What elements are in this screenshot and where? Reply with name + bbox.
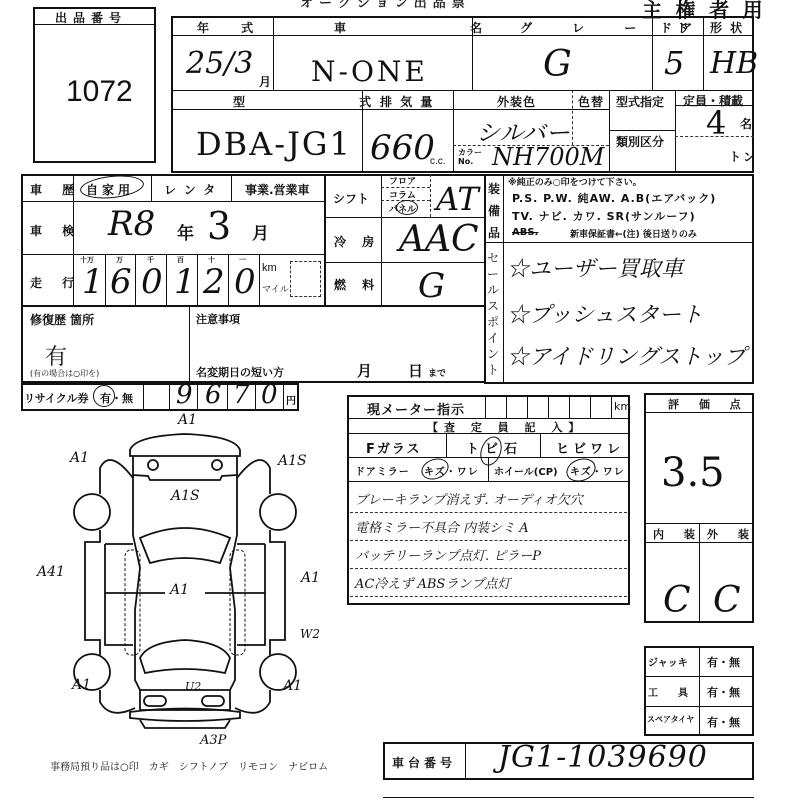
mileage-digit-100k: 1 [82,262,104,302]
damage-mark-front: A1 [178,412,197,428]
damage-mark-trunk: U2 [185,680,201,693]
doors-label: ド ア [660,19,694,36]
inspector-remark-1: ブレーキランプ消えず. オーディオ欠穴 [355,489,583,508]
history-option-rental[interactable]: レンタ [164,181,223,198]
damage-mark-front-right: A1S [278,453,307,469]
displacement-unit: c.c. [430,156,446,167]
recycle-digit-1: 9 [176,380,193,410]
load-unit: トン [729,148,757,165]
inspector-remark-4: AC冷えず ABSランプ点灯 [355,573,510,592]
year-value: 25/3 [186,46,253,81]
shift-option-floor[interactable]: フロア [389,174,416,187]
equipment-abs: ABS. [512,227,538,238]
shape-label: 形 状 [710,19,744,36]
category-label: 類別区分 [616,133,664,150]
inspection-label: 車 検 [30,222,82,239]
sales-point-1: ☆ユーザー買取車 [507,252,683,283]
equipment-label: 装 備 品 [488,178,500,244]
history-option-business[interactable]: 事業.営業車 [245,181,310,198]
mileage-unit-km: km [262,262,277,274]
sales-point-2: ☆プッシュスタート [507,298,703,329]
accessory-spare-label: スペアタイヤ [647,714,694,725]
interior-label: 内 装 [653,526,703,542]
exterior-value: C [713,580,741,621]
name-change-until: まで [428,366,446,379]
inspection-month: 3 [207,204,231,248]
color-number-value: NH700M [492,143,604,171]
color-label: 外装色 [497,93,536,110]
mileage-label: 走 行 [30,274,82,291]
car-damage-diagram [40,420,340,750]
doors-value: 5 [664,44,684,82]
chassis-number-label: 車台番号 [392,754,456,771]
exterior-label: 外 装 [707,526,757,542]
mileage-digit-1: 0 [234,262,256,302]
equipment-row-1: P.S. P.W. 純AW. A.B(エアバック) [512,190,716,206]
displacement-value: 660 [370,128,435,168]
office-items-note: 事務局預り品は○印 カギ シフトノブ リモコン ナビロム [50,758,328,773]
aircon-label: 冷 房 [334,233,380,250]
sales-points-label: セールスポイント [487,250,501,378]
fglass-option-crack[interactable]: ヒビワレ [556,438,624,457]
recycle-label: リサイクル券 [24,390,88,406]
score-value: 3.5 [661,450,725,496]
displacement-label: 排 気 量 [380,93,434,110]
score-label: 評 価 点 [668,396,749,412]
accessory-spare-value[interactable]: 有・無 [707,714,740,730]
mileage-digit-10k: 6 [110,262,132,302]
meter-label: 現メーター指示 [367,399,465,418]
shift-label: シフト [333,190,369,207]
mileage-digit-1k: 0 [141,262,163,302]
damage-mark-rear-bumper: A3P [200,733,226,748]
history-label: 車 歴 [30,181,82,198]
damage-mark-left-side: A41 [37,564,65,580]
repair-history-label: 修復歴 箇所 [30,311,94,328]
repair-history-value: 有 [45,340,67,371]
fglass-label: Fガラス [366,438,422,457]
model-value: DBA-JG1 [196,125,352,163]
inspection-year-unit: 年 [177,219,196,244]
chassis-number-value: JG1-1039690 [498,740,708,775]
equipment-row-3: 新車保証書←(注) 後日送りのみ [570,227,697,240]
year-label: 年 式 [197,19,267,36]
capacity-value: 4 [706,104,726,142]
recycle-digit-2: 6 [205,380,222,410]
recycle-digit-4: 0 [261,380,278,410]
color-number-label: カラー No. [458,148,482,166]
inspector-remark-3: バッテリーランプ点灯. ピラーP [355,545,541,564]
form-title: オークション出品票 [300,0,471,11]
equipment-row-2: TV. ナビ. カワ. SR(サンルーフ) [512,208,696,224]
year-unit: 月 [259,73,273,90]
mirror-label: ドアミラー [355,463,410,478]
recycle-digit-3: 7 [233,380,250,410]
inspection-month-unit: 月 [252,219,271,244]
damage-mark-right-side: A1 [301,570,320,586]
shift-option-column[interactable]: コラム [389,188,416,201]
sales-point-3: ☆アイドリングストップ [507,340,746,371]
accessory-jack-value[interactable]: 有・無 [707,654,740,670]
car-name-label: 車 名 [334,19,542,36]
damage-mark-right-rear: W2 [300,627,320,641]
shift-value: AT [436,180,479,218]
capacity-unit: 名 [740,115,754,132]
accessory-tools-value[interactable]: 有・無 [707,684,740,700]
lot-number-label: 出品番号 [55,9,127,26]
mileage-digit-100: 1 [174,262,196,302]
damage-mark-front-left: A1 [70,450,89,466]
name-change-day: 日 [408,360,425,381]
car-name-value: N-ONE [311,55,428,88]
mileage-unit-mile: マイル [262,282,289,295]
meter-unit: km [614,400,631,413]
inspector-title: 【査 定 員 記 入】 [427,419,585,435]
repair-history-note: (有の場合は○印を) [30,368,99,379]
aircon-value: AAC [399,219,479,260]
fuel-label: 燃 料 [334,276,380,293]
accessory-jack-label: ジャッキ [648,654,688,669]
damage-mark-hood: A1S [171,488,200,504]
grade-value: G [543,44,572,85]
recycle-selected-circle [93,385,115,407]
lot-number-value: 1072 [66,75,133,109]
name-change-month: 月 [357,360,374,381]
recycle-unit: 円 [286,392,296,407]
shift-selected-circle [396,200,418,215]
inspection-era-year: R8 [108,204,155,244]
type-designation-label: 型式指定 [616,93,664,110]
wheel-label: ホイール(CP) [494,463,558,478]
accessory-tools-label: 工 具 [648,684,688,699]
color-change-label: 色替 [578,93,604,110]
damage-mark-rear-right: A1 [283,678,302,694]
mileage-digit-10: 2 [203,262,225,302]
inspector-remark-2: 電格ミラー不具合 内装シミ A [355,517,529,536]
interior-value: C [663,580,691,621]
damage-mark-roof: A1 [170,582,189,598]
name-change-label: 名変期日の短い方 [196,364,284,380]
mileage-mile-checkbox[interactable] [290,261,321,297]
equipment-note: ※純正のみ○印をつけて下さい。 [508,175,642,188]
notes-label: 注意事項 [196,311,240,327]
shape-value: HB [710,46,758,81]
fuel-value: G [418,266,445,306]
damage-mark-rear-left: A1 [72,677,91,693]
